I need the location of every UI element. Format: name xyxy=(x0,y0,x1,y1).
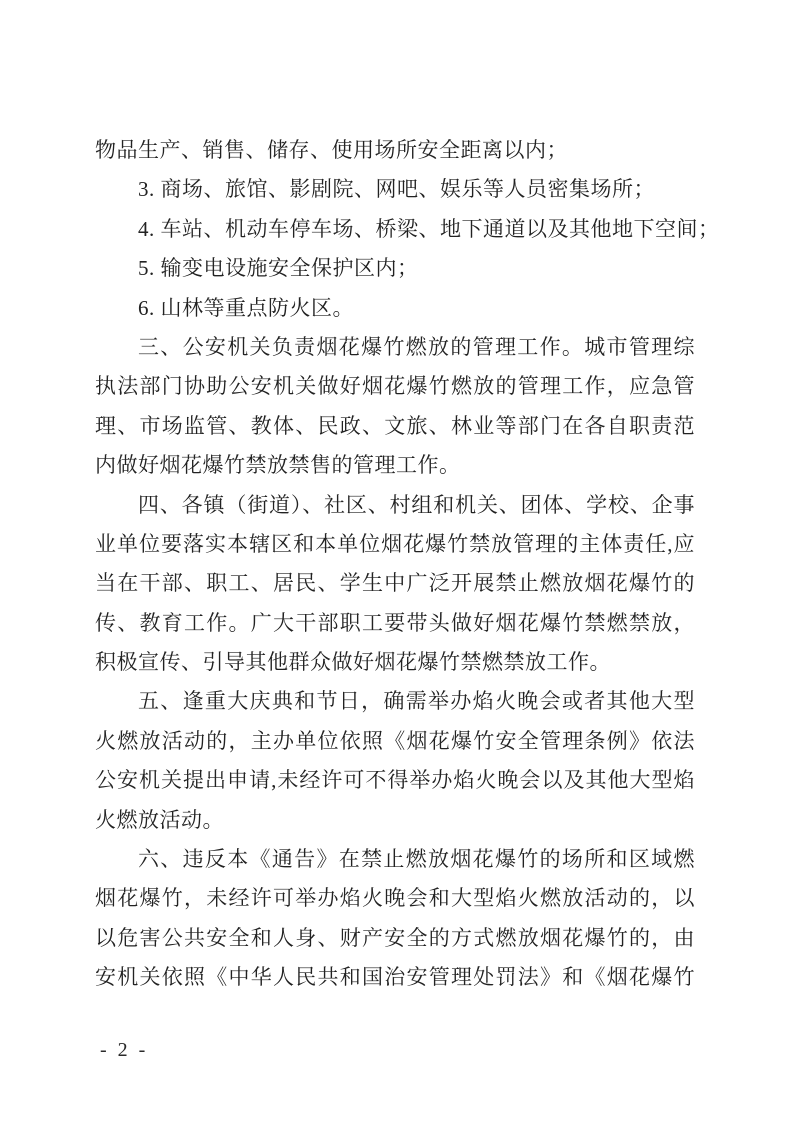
document-body: 物品生产、销售、储存、使用场所安全距离以内；3. 商场、旅馆、影剧院、网吧、娱乐… xyxy=(95,131,695,998)
text-line: 4. 车站、机动车停车场、桥梁、地下通道以及其他地下空间； xyxy=(95,210,695,249)
text-line: 以危害公共安全和人身、财产安全的方式燃放烟花爆竹的，由公 xyxy=(95,919,695,958)
text-line: 3. 商场、旅馆、影剧院、网吧、娱乐等人员密集场所； xyxy=(95,170,695,209)
text-line: 烟花爆竹，未经许可举办焰火晚会和大型焰火燃放活动的，以及 xyxy=(95,879,695,918)
text-line: 安机关依照《中华人民共和国治安管理处罚法》和《烟花爆竹安 xyxy=(95,958,695,997)
text-line: 公安机关提出申请,未经许可不得举办焰火晚会以及其他大型焰 xyxy=(95,761,695,800)
text-line: 六、违反本《通告》在禁止燃放烟花爆竹的场所和区域燃放 xyxy=(95,840,695,879)
text-line: 5. 输变电设施安全保护区内； xyxy=(95,249,695,288)
text-line: 四、各镇（街道）、社区、村组和机关、团体、学校、企事 xyxy=(95,486,695,525)
text-line: 6. 山林等重点防火区。 xyxy=(95,289,695,328)
text-line: 理、市场监管、教体、民政、文旅、林业等部门在各自职责范围 xyxy=(95,407,695,446)
text-line: 火燃放活动。 xyxy=(95,801,695,840)
page-number: - 2 - xyxy=(100,1036,148,1064)
text-line: 内做好烟花爆竹禁放禁售的管理工作。 xyxy=(95,446,695,485)
text-line: 当在干部、职工、居民、学生中广泛开展禁止燃放烟花爆竹的宣 xyxy=(95,564,695,603)
text-line: 物品生产、销售、储存、使用场所安全距离以内； xyxy=(95,131,695,170)
text-line: 积极宣传、引导其他群众做好烟花爆竹禁燃禁放工作。 xyxy=(95,643,695,682)
text-line: 传、教育工作。广大干部职工要带头做好烟花爆竹禁燃禁放，并 xyxy=(95,604,695,643)
text-line: 火燃放活动的，主办单位依照《烟花爆竹安全管理条例》依法向 xyxy=(95,722,695,761)
text-line: 执法部门协助公安机关做好烟花爆竹燃放的管理工作，应急管 xyxy=(95,367,695,406)
text-line: 三、公安机关负责烟花爆竹燃放的管理工作。城市管理综合 xyxy=(95,328,695,367)
text-line: 五、逢重大庆典和节日，确需举办焰火晚会或者其他大型焰 xyxy=(95,682,695,721)
scanned-page: 物品生产、销售、储存、使用场所安全距离以内；3. 商场、旅馆、影剧院、网吧、娱乐… xyxy=(0,0,793,1122)
document-page: { "page": { "number_label": "- 2 -", "ba… xyxy=(0,0,793,1122)
text-line: 业单位要落实本辖区和本单位烟花爆竹禁放管理的主体责任,应 xyxy=(95,525,695,564)
